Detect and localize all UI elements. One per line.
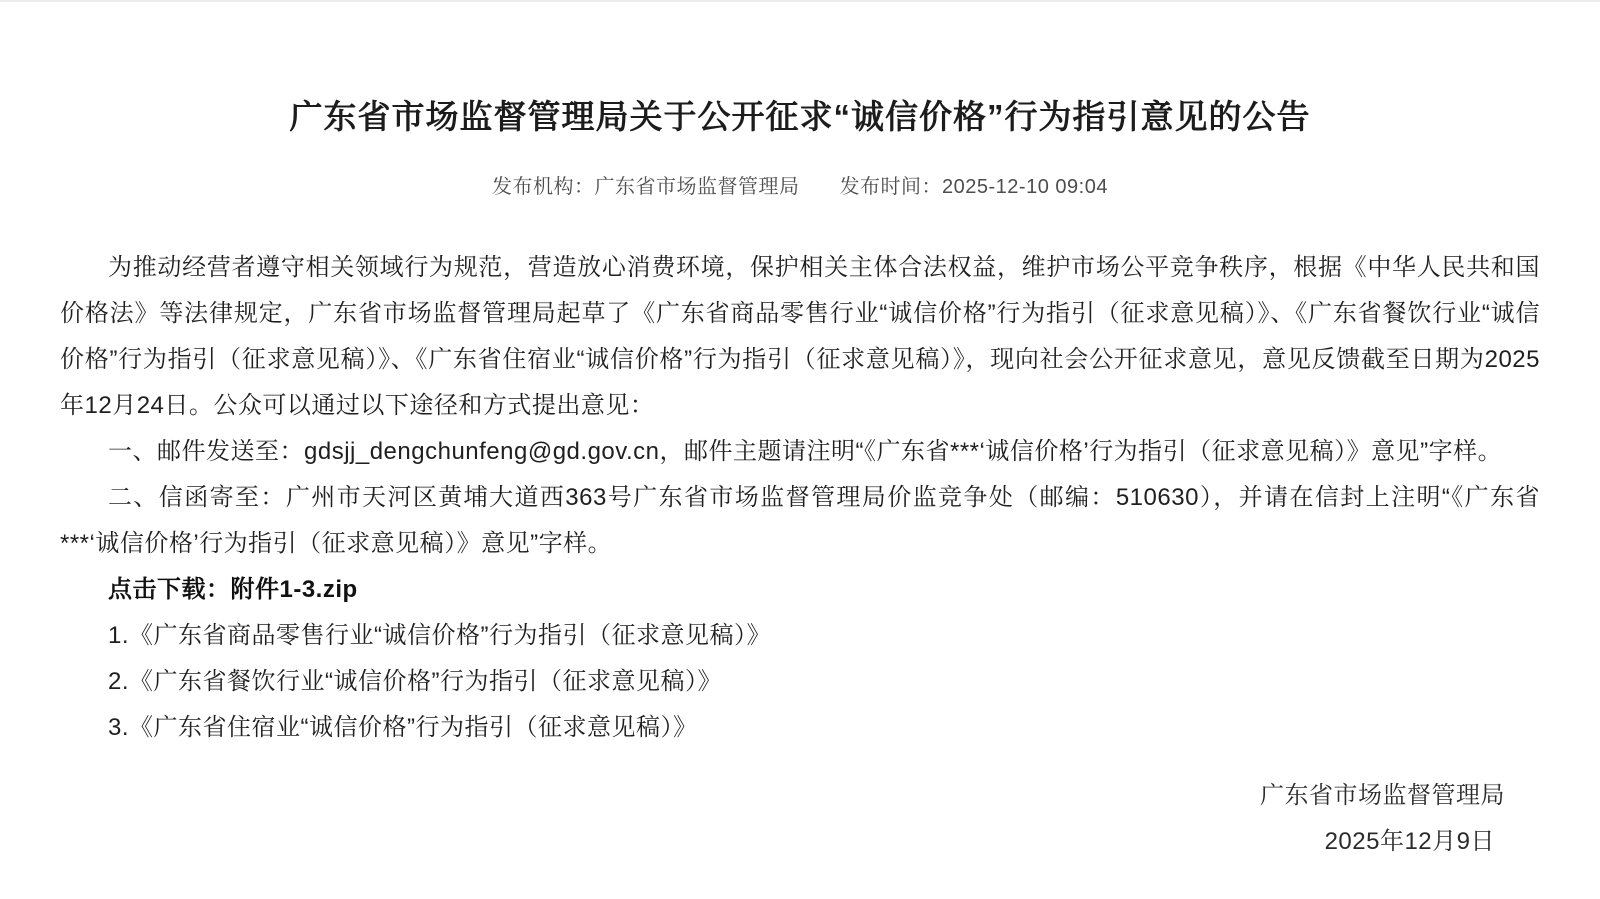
- announcement-page: 广东省市场监督管理局关于公开征求“诚信价格”行为指引意见的公告 发布机构：广东省…: [0, 0, 1600, 899]
- download-label: 点击下载：: [108, 576, 231, 603]
- attachment-item-2: 2.《广东省餐饮行业“诚信价格”行为指引（征求意见稿）》: [60, 659, 1540, 705]
- publisher-value: 广东省市场监督管理局: [595, 176, 800, 198]
- page-title: 广东省市场监督管理局关于公开征求“诚信价格”行为指引意见的公告: [60, 96, 1540, 138]
- publisher-label: 发布机构：: [492, 176, 595, 198]
- attachment-item-1: 1.《广东省商品零售行业“诚信价格”行为指引（征求意见稿）》: [60, 613, 1540, 659]
- publish-time-label: 发布时间：: [840, 176, 943, 198]
- publish-time-value: 2025-12-10 09:04: [942, 176, 1108, 198]
- download-link[interactable]: 附件1-3.zip: [231, 576, 358, 603]
- signature-block: 广东省市场监督管理局 2025年12月9日: [60, 773, 1540, 865]
- document-body: 为推动经营者遵守相关领域行为规范，营造放心消费环境，保护相关主体合法权益，维护市…: [60, 245, 1540, 865]
- paragraph-mail-channel: 二、信函寄至：广州市天河区黄埔大道西363号广东省市场监督管理局价监竞争处（邮编…: [60, 475, 1540, 567]
- signature-date: 2025年12月9日: [60, 819, 1540, 865]
- signature-org: 广东省市场监督管理局: [60, 773, 1540, 819]
- attachment-item-3: 3.《广东省住宿业“诚信价格”行为指引（征求意见稿）》: [60, 705, 1540, 751]
- paragraph-intro: 为推动经营者遵守相关领域行为规范，营造放心消费环境，保护相关主体合法权益，维护市…: [60, 245, 1540, 429]
- download-row: 点击下载：附件1-3.zip: [60, 567, 1540, 613]
- meta-row: 发布机构：广东省市场监督管理局发布时间：2025-12-10 09:04: [0, 170, 1600, 199]
- paragraph-email-channel: 一、邮件发送至：gdsjj_dengchunfeng@gd.gov.cn，邮件主…: [60, 429, 1540, 475]
